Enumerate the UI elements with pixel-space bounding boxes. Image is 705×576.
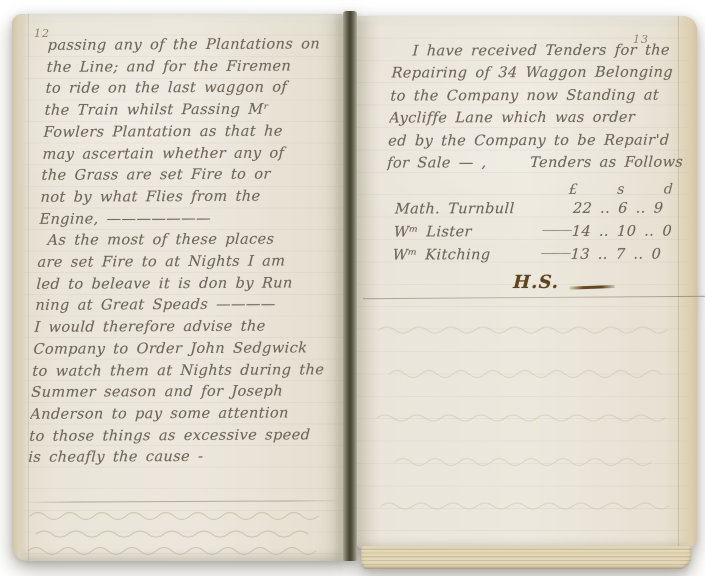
tender-amount: 14 .. 10 .. 0 <box>571 220 680 243</box>
left-page-rule <box>28 500 337 503</box>
manuscript-line: is cheafly the cause - <box>28 447 329 470</box>
signature-flourish <box>569 285 615 290</box>
tender-amount: 22 .. 6 .. 9 <box>572 198 681 221</box>
manuscript-line: ning at Great Speads ———— <box>35 295 336 318</box>
shillings-symbol: s <box>617 182 625 198</box>
manuscript-line: the Grass are set Fire to or <box>41 164 342 187</box>
tender-dash: ———— <box>541 220 572 242</box>
left-page-edge-stack <box>12 14 29 561</box>
manuscript-line: to the Company now Standing at <box>390 84 687 107</box>
ghost-writing-showthrough <box>22 506 337 562</box>
tenders-table: Math. Turnbull 22 .. 6 .. 9 Wᵐ Lister ——… <box>382 198 681 268</box>
ghost-writing-showthrough <box>369 316 685 526</box>
manuscript-line: ed by the Company to be Repair'd <box>388 129 685 152</box>
manuscript-line: may ascertain whether any of <box>42 143 343 166</box>
signature-row: H.S. <box>513 271 678 293</box>
sale-line-right: Tenders as Follows <box>530 152 684 175</box>
tenders-paragraph: I have received Tenders for the Repairin… <box>388 39 690 152</box>
left-page: 12 passing any of the Plantations on the… <box>12 14 343 561</box>
manuscript-line: I have received Tenders for the <box>392 39 689 62</box>
sale-line: for Sale — , Tenders as Follows <box>387 152 684 175</box>
tender-name: Wᵐ Lister <box>383 221 542 244</box>
manuscript-line: to ride on the last waggon of <box>45 78 346 101</box>
manuscript-line: Anderson to pay some attention <box>30 403 331 426</box>
manuscript-line: Fowlers Plantation as that he <box>43 121 344 144</box>
manuscript-line: I would therefore advise the <box>34 316 335 339</box>
tender-amount: 13 .. 7 .. 0 <box>570 244 679 267</box>
manuscript-line: Repairing of 34 Waggon Belonging <box>391 62 688 85</box>
pounds-symbol: £ <box>568 182 578 198</box>
manuscript-line: the Line; and for the Firemen <box>46 56 347 79</box>
manuscript-line: passing any of the Plantations on <box>47 34 348 57</box>
manuscript-line: not by what Flies from the <box>40 186 341 209</box>
open-notebook: 12 passing any of the Plantations on the… <box>12 11 697 561</box>
right-page-rule <box>363 296 705 299</box>
bottom-page-edge-stack <box>361 546 691 569</box>
manuscript-line: are set Fire to at Nights I am <box>37 251 338 274</box>
manuscript-line: to watch them at Nights during the <box>32 360 333 383</box>
left-page-handwriting: passing any of the Plantations on the Li… <box>28 34 349 470</box>
tender-row: Math. Turnbull 22 .. 6 .. 9 <box>384 198 681 221</box>
tender-name: Wᵐ Kitching <box>382 244 541 267</box>
manuscript-line: Aycliffe Lane which was order <box>389 107 686 130</box>
initials-signature: H.S. <box>513 272 560 293</box>
manuscript-line: to those things as excessive speed <box>29 425 330 448</box>
manuscript-line: Summer season and for Joseph <box>31 381 332 404</box>
book-gutter <box>343 11 357 561</box>
manuscript-line: As the most of these places <box>38 230 339 253</box>
tender-row: Wᵐ Kitching ———— 13 .. 7 .. 0 <box>382 244 679 268</box>
manuscript-line: the Train whilst Passing Mʳ <box>44 99 345 122</box>
manuscript-line: Engine, ——————— <box>39 208 340 231</box>
pence-symbol: d <box>663 182 673 198</box>
right-page: 13 I have received Tenders for the Repai… <box>357 16 697 548</box>
manuscript-photo: 12 passing any of the Plantations on the… <box>0 0 705 576</box>
manuscript-line: led to beleave it is don by Run <box>36 273 337 296</box>
tender-row: Wᵐ Lister ———— 14 .. 10 .. 0 <box>383 220 680 244</box>
sale-line-left: for Sale — , <box>387 152 488 175</box>
tender-dash: ———— <box>540 244 571 266</box>
tender-name: Math. Turnbull <box>384 198 543 221</box>
manuscript-line: Company to Order John Sedgwick <box>33 338 334 361</box>
money-column-header: £ s d <box>568 182 673 198</box>
right-page-handwriting: I have received Tenders for the Repairin… <box>381 39 689 293</box>
